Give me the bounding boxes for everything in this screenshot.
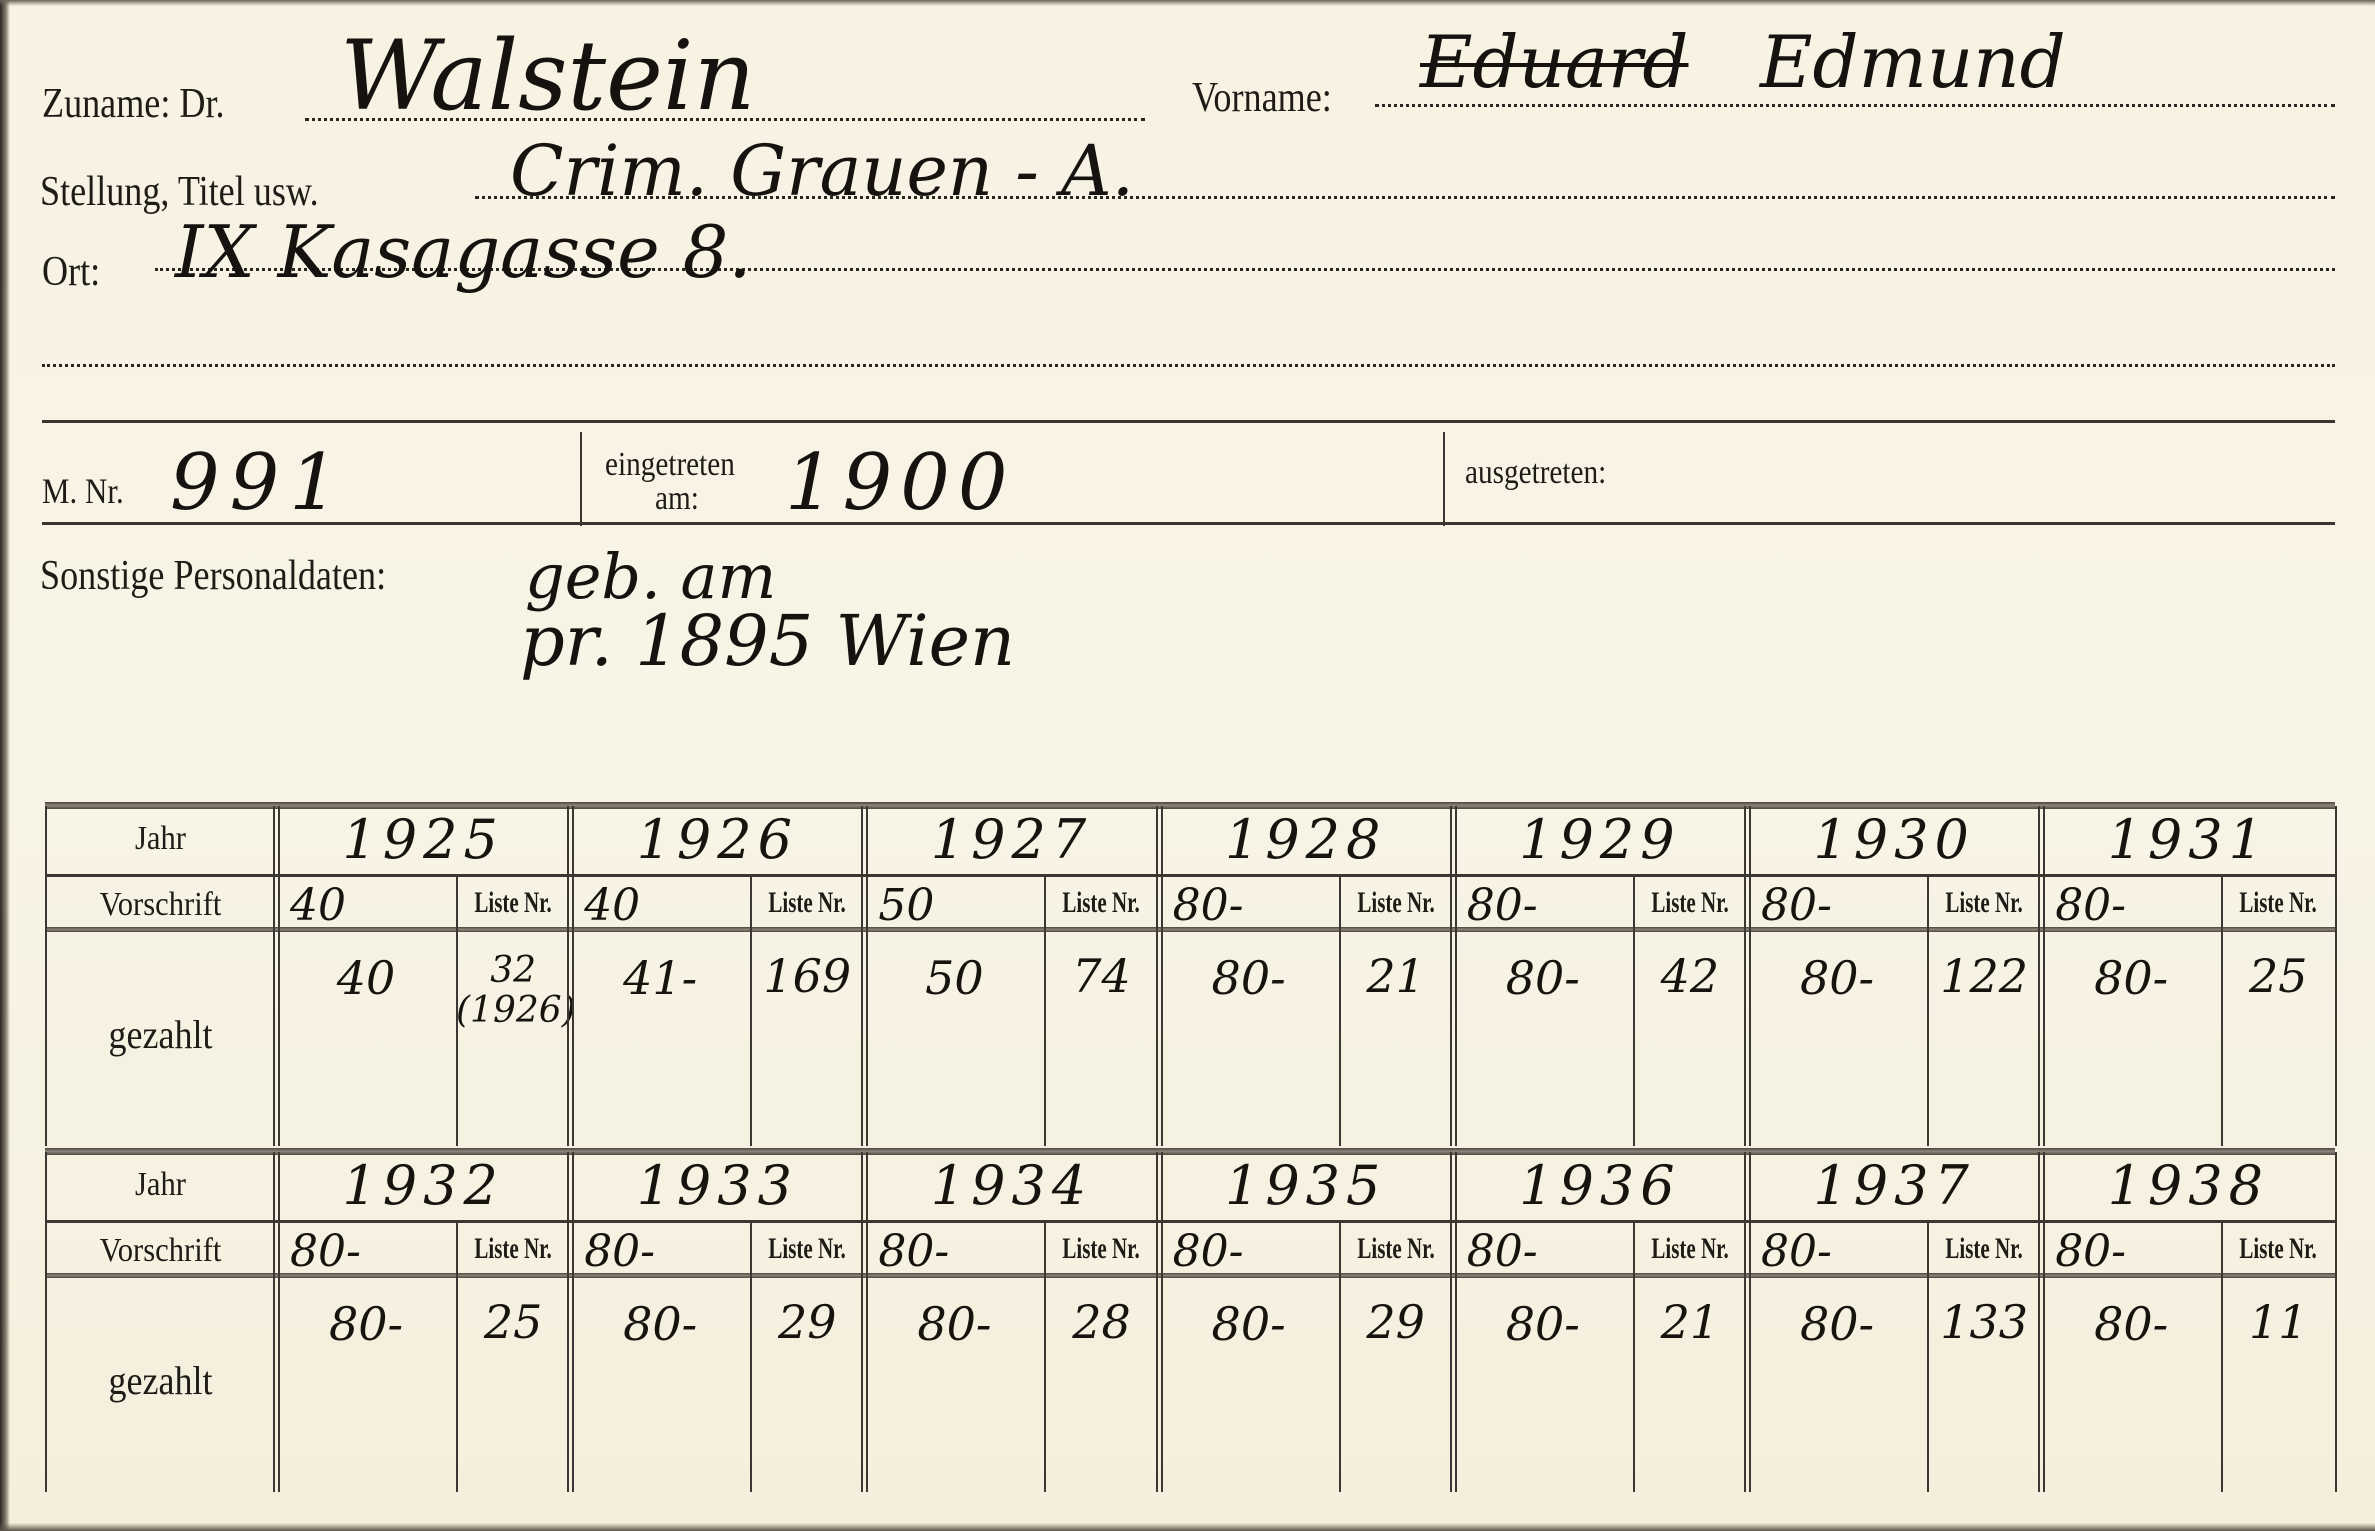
- list-no-value: 25: [456, 1297, 570, 1348]
- list-no-value: 29: [750, 1297, 864, 1348]
- list-no-label: Liste Nr.: [1356, 886, 1436, 920]
- year-value: 1932: [276, 1154, 570, 1217]
- paid-value: 80-: [1453, 1297, 1633, 1351]
- paid-value: 80-: [864, 1297, 1044, 1351]
- year-value: 1935: [1159, 1154, 1453, 1217]
- list-no-value: 169: [750, 951, 864, 1002]
- row-divider: [45, 874, 2335, 877]
- blank-line: [42, 364, 2335, 367]
- firstname-struck-value: Eduard: [1420, 20, 1688, 104]
- other-data-line2: pr. 1895 Wien: [520, 600, 1015, 682]
- year-value: 1937: [1747, 1154, 2041, 1217]
- list-no-value: 74: [1044, 951, 1158, 1002]
- member-number-label: M. Nr.: [42, 470, 124, 512]
- year-label: Jahr: [57, 820, 265, 858]
- prescribed-value: 80-: [1457, 1226, 1637, 1277]
- prescribed-value: 80-: [280, 1226, 460, 1277]
- list-no-label: Liste Nr.: [2238, 886, 2318, 920]
- paid-value: 80-: [276, 1297, 456, 1351]
- divider: [580, 432, 582, 526]
- joined-label: eingetreten: [605, 446, 735, 484]
- prescribed-value: 80-: [2045, 1226, 2225, 1277]
- prescribed-value: 80-: [1457, 880, 1637, 931]
- prescribed-value: 80-: [1751, 1226, 1931, 1277]
- list-no-label: Liste Nr.: [1062, 1232, 1142, 1266]
- year-value: 1929: [1453, 808, 1747, 871]
- list-no-value: 28: [1044, 1297, 1158, 1348]
- list-no-label: Liste Nr.: [1650, 1232, 1730, 1266]
- left-label: ausgetreten:: [1465, 454, 1606, 492]
- list-no-value: 29: [1339, 1297, 1453, 1348]
- surname-value: Walstein: [340, 20, 755, 132]
- list-no-value: 25: [2221, 951, 2335, 1002]
- list-no-label: Liste Nr.: [1944, 1232, 2024, 1266]
- prescribed-value: 40: [574, 880, 754, 931]
- paid-value: 80-: [570, 1297, 750, 1351]
- paid-value: 80-: [1747, 1297, 1927, 1351]
- list-no-label: Liste Nr.: [2238, 1232, 2318, 1266]
- firstname-value: Edmund: [1760, 20, 2066, 104]
- paid-value: 80-: [2041, 951, 2221, 1005]
- year-label: Jahr: [57, 1166, 265, 1204]
- list-no-label: Liste Nr.: [767, 1232, 847, 1266]
- prescribed-value: 80-: [1751, 880, 1931, 931]
- paid-value: 80-: [1747, 951, 1927, 1005]
- joined-label-2: am:: [655, 480, 699, 518]
- table-right-border: [2335, 806, 2337, 1146]
- prescribed-value: 80-: [1163, 1226, 1343, 1277]
- list-no-value: 32 (1926): [456, 951, 570, 1030]
- other-data-label: Sonstige Personaldaten:: [40, 552, 386, 600]
- list-no-value: 122: [1927, 951, 2041, 1002]
- paid-value: 50: [864, 951, 1044, 1005]
- year-value: 1928: [1159, 808, 1453, 871]
- paid-value: 80-: [1159, 1297, 1339, 1351]
- firstname-line: [1375, 104, 2335, 107]
- list-no-label: Liste Nr.: [1944, 886, 2024, 920]
- list-no-label: Liste Nr.: [473, 886, 553, 920]
- year-value: 1934: [864, 1154, 1158, 1217]
- list-no-value: 42: [1633, 951, 1747, 1002]
- surname-label: Zuname: Dr.: [42, 80, 225, 128]
- paid-label: gezahlt: [57, 1357, 265, 1404]
- position-label: Stellung, Titel usw.: [40, 168, 319, 216]
- list-no-label: Liste Nr.: [767, 886, 847, 920]
- list-no-label: Liste Nr.: [473, 1232, 553, 1266]
- year-value: 1925: [276, 808, 570, 871]
- year-value: 1936: [1453, 1154, 1747, 1217]
- list-no-label: Liste Nr.: [1650, 886, 1730, 920]
- prescribed-label: Vorschrift: [57, 886, 265, 924]
- list-no-label: Liste Nr.: [1356, 1232, 1436, 1266]
- paid-value: 80-: [1453, 951, 1633, 1005]
- firstname-label: Vorname:: [1192, 74, 1332, 122]
- list-no-value: 11: [2221, 1297, 2335, 1348]
- table-left-border: [45, 806, 47, 1146]
- card-edge-shadow: [0, 0, 10, 1531]
- list-no-value: 21: [1633, 1297, 1747, 1348]
- year-value: 1931: [2041, 808, 2335, 871]
- year-value: 1933: [570, 1154, 864, 1217]
- year-value: 1927: [864, 808, 1158, 871]
- prescribed-label: Vorschrift: [57, 1232, 265, 1270]
- table-left-border: [45, 1152, 47, 1492]
- membership-index-card: Zuname: Dr. Walstein Vorname: Eduard Edm…: [0, 0, 2375, 1531]
- divider: [1443, 432, 1445, 526]
- table-right-border: [2335, 1152, 2337, 1492]
- prescribed-value: 50: [868, 880, 1048, 931]
- row-divider: [45, 1220, 2335, 1223]
- card-edge-shadow: [0, 1523, 2375, 1531]
- year-value: 1938: [2041, 1154, 2335, 1217]
- place-label: Ort:: [42, 248, 100, 296]
- position-value: Crim. Grauen - A.: [510, 130, 1134, 212]
- member-number-value: 991: [170, 438, 349, 528]
- joined-value: 1900: [785, 438, 1016, 528]
- prescribed-value: 80-: [1163, 880, 1343, 931]
- card-edge-shadow: [0, 0, 2375, 6]
- divider: [42, 522, 2335, 525]
- prescribed-value: 40: [280, 880, 460, 931]
- place-value: IX Kasagasse 8.: [175, 210, 751, 294]
- prescribed-value: 80-: [574, 1226, 754, 1277]
- paid-value: 80-: [2041, 1297, 2221, 1351]
- year-value: 1930: [1747, 808, 2041, 871]
- list-no-value: 21: [1339, 951, 1453, 1002]
- list-no-value: 133: [1927, 1297, 2041, 1348]
- list-no-label: Liste Nr.: [1062, 886, 1142, 920]
- paid-value: 80-: [1159, 951, 1339, 1005]
- paid-value: 40: [276, 951, 456, 1005]
- paid-label: gezahlt: [57, 1011, 265, 1058]
- year-value: 1926: [570, 808, 864, 871]
- paid-value: 41-: [570, 951, 750, 1005]
- divider: [42, 420, 2335, 423]
- prescribed-value: 80-: [868, 1226, 1048, 1277]
- prescribed-value: 80-: [2045, 880, 2225, 931]
